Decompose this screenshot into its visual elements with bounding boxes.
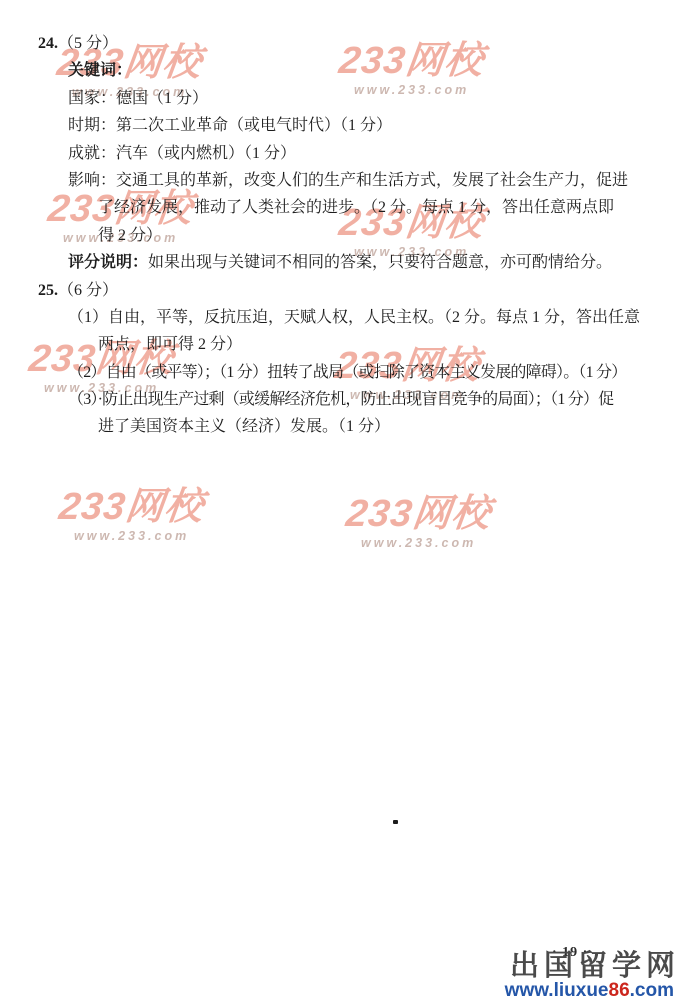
site-url[interactable]: www.liuxue86.com xyxy=(505,981,674,1000)
text-run: 得 2 分） xyxy=(98,227,162,244)
text-run: 如果出现与关键词不相同的答案，只要符合题意，亦可酌情给分。 xyxy=(148,254,612,271)
text-line: 了经济发展，推动了人类社会的进步。（2 分。每点 1 分，答出任意两点即 xyxy=(0,194,680,221)
watermark-logo-text: 233网校 xyxy=(57,488,206,526)
answer-key-text: 24.（5 分）关键词：国家：德国（1 分）时期：第二次工业革命（或电气时代）（… xyxy=(0,30,680,441)
site-url-prefix: www.liuxue xyxy=(505,980,609,1000)
text-line: （3）·防止出现生产过剩（或缓解经济危机，防止出现盲目竞争的局面）；（1 分）促 xyxy=(0,386,680,413)
text-run: （5 分） xyxy=(58,35,118,52)
watermark-url-text: www.233.com xyxy=(57,530,201,543)
text-run: 时期：第二次工业革命（或电气时代）（1 分） xyxy=(68,117,392,134)
scan-speck xyxy=(393,820,398,824)
text-run: 影响：交通工具的革新，改变人们的生产和生活方式，发展了社会生产力，促进 xyxy=(68,172,628,189)
text-run: 25. xyxy=(38,282,58,299)
text-line: 进了美国资本主义（经济）发展。（1 分） xyxy=(0,413,680,440)
text-run: 24. xyxy=(38,35,58,52)
text-line: 国家：德国（1 分） xyxy=(0,85,680,112)
text-run: 关键词： xyxy=(68,62,132,79)
text-line: 关键词： xyxy=(0,57,680,84)
text-line: 评分说明：如果出现与关键词不相同的答案，只要符合题意，亦可酌情给分。 xyxy=(0,249,680,276)
text-run: 国家：德国（1 分） xyxy=(68,90,208,107)
site-logo-text: 出国留学网 xyxy=(510,952,680,981)
watermark-logo-text: 233网校 xyxy=(344,495,493,533)
text-run: 两点，即可得 2 分） xyxy=(98,336,242,353)
text-line: 成就：汽车（或内燃机）（1 分） xyxy=(0,140,680,167)
watermark-233wangxiao: 233网校www.233.com xyxy=(57,488,201,543)
text-line: 两点，即可得 2 分） xyxy=(0,331,680,358)
text-line: 影响：交通工具的革新，改变人们的生产和生活方式，发展了社会生产力，促进 xyxy=(0,167,680,194)
watermark-233wangxiao: 233网校www.233.com xyxy=(344,495,488,550)
text-run: （3）·防止出现生产过剩（或缓解经济危机，防止出现盲目竞争的局面）；（1 分）促 xyxy=(68,391,613,408)
scanned-answer-sheet-page: 233网校www.233.com233网校www.233.com233网校www… xyxy=(0,0,680,1000)
text-run: 评分说明： xyxy=(68,254,148,271)
watermark-url-text: www.233.com xyxy=(344,537,488,550)
text-line: 25.（6 分） xyxy=(0,277,680,304)
text-run: 了经济发展，推动了人类社会的进步。（2 分。每点 1 分，答出任意两点即 xyxy=(98,199,614,216)
text-run: 进了美国资本主义（经济）发展。（1 分） xyxy=(98,418,390,435)
text-line: 时期：第二次工业革命（或电气时代）（1 分） xyxy=(0,112,680,139)
text-run: 成就：汽车（或内燃机）（1 分） xyxy=(68,145,296,162)
text-line: 24.（5 分） xyxy=(0,30,680,57)
site-url-highlight: 86 xyxy=(609,980,630,1000)
site-url-suffix: .com xyxy=(630,980,674,1000)
text-line: 得 2 分） xyxy=(0,222,680,249)
text-run: （2）自由（或平等）；（1 分）扭转了战局（或扫除了资本主义发展的障碍）。（1 … xyxy=(68,364,626,381)
text-line: （2）自由（或平等）；（1 分）扭转了战局（或扫除了资本主义发展的障碍）。（1 … xyxy=(0,359,680,386)
text-line: （1）自由，平等，反抗压迫，天赋人权，人民主权。（2 分。每点 1 分，答出任意 xyxy=(0,304,680,331)
text-run: （6 分） xyxy=(58,282,118,299)
text-run: （1）自由，平等，反抗压迫，天赋人权，人民主权。（2 分。每点 1 分，答出任意 xyxy=(68,309,640,326)
